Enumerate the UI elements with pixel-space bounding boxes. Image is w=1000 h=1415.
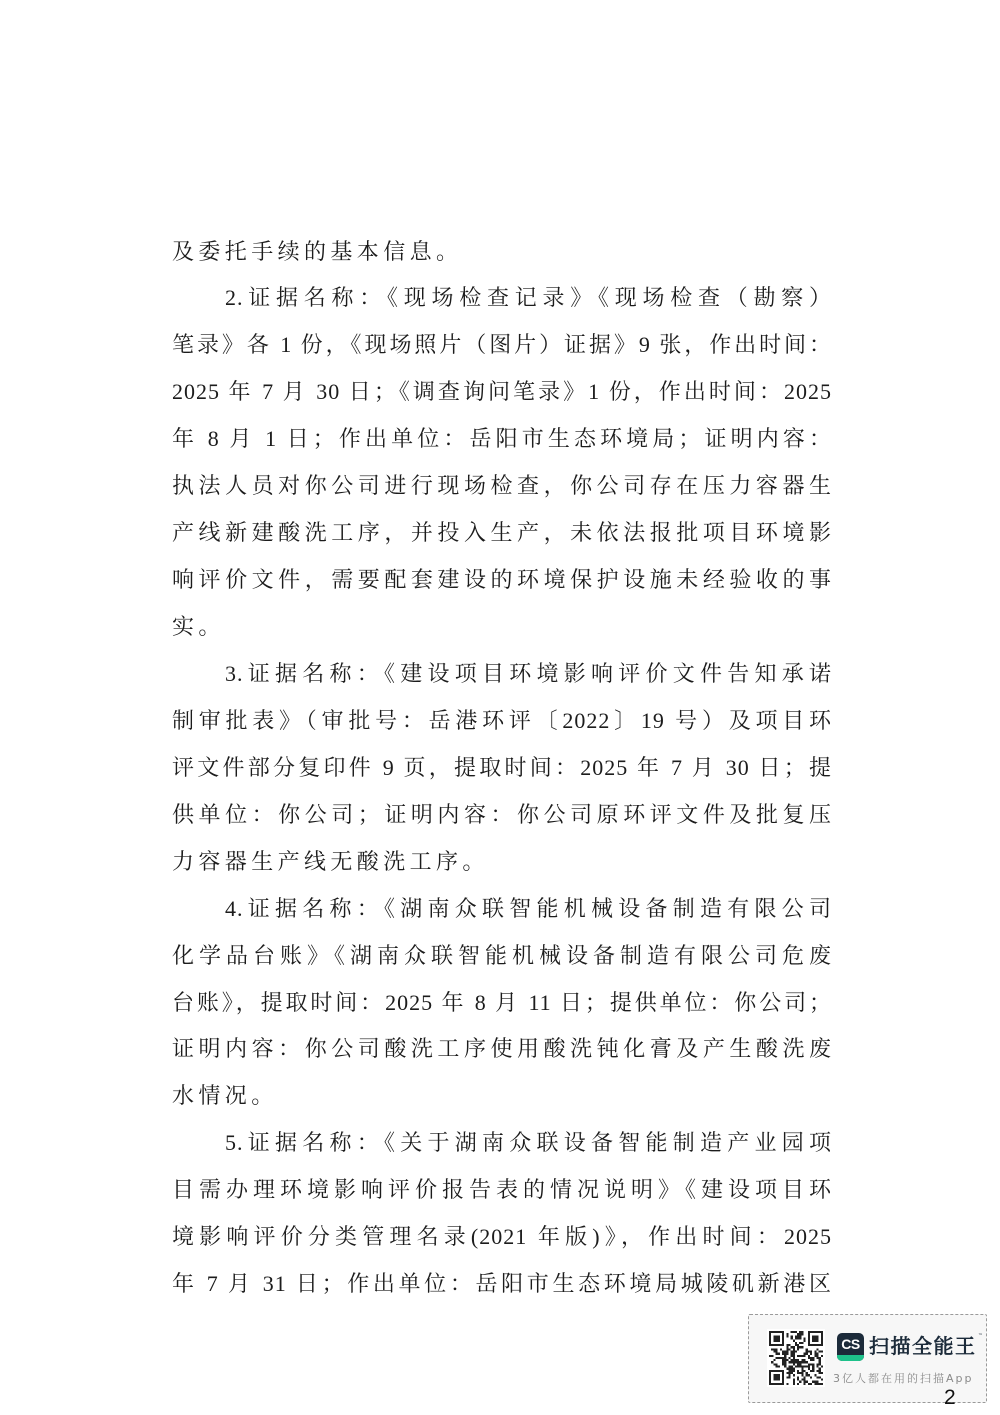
evidence-2-line-1: 笔录》各 1 份，《现场照片（图片）证据》9 张，作出时间：: [172, 322, 832, 369]
evidence-3-line-1: 制审批表》（审批号：岳港环评〔2022〕19 号）及项目环: [172, 698, 832, 745]
logo-accent-strip: [837, 1355, 864, 1361]
document-body: 及委托手续的基本信息。 2.证据名称：《现场检查记录》《现场检查（勘察） 笔录》…: [172, 229, 832, 1309]
evidence-4-line-0: 4.证据名称：《湖南众联智能机械设备制造有限公司: [172, 886, 832, 933]
evidence-3-line-2: 评文件部分复印件 9 页，提取时间：2025 年 7 月 30 日；提: [172, 745, 832, 792]
evidence-2-line-6: 响评价文件，需要配套建设的环境保护设施未经验收的事: [172, 557, 832, 604]
evidence-2-line-4: 执法人员对你公司进行现场检查，你公司存在压力容器生: [172, 463, 832, 510]
evidence-3-line-3: 供单位：你公司；证明内容：你公司原环评文件及批复压: [172, 792, 832, 839]
trademark-icon: ™: [978, 1333, 983, 1339]
paragraph-0-line-0: 及委托手续的基本信息。: [172, 229, 832, 276]
document-page: 及委托手续的基本信息。 2.证据名称：《现场检查记录》《现场检查（勘察） 笔录》…: [0, 0, 1000, 1415]
logo-text: CS: [837, 1335, 864, 1353]
evidence-4-line-1: 化学品台账》《湖南众联智能机械设备制造有限公司危废: [172, 933, 832, 980]
evidence-5-line-0: 5.证据名称：《关于湖南众联设备智能制造产业园项: [172, 1120, 832, 1167]
evidence-5-line-2: 境影响评价分类管理名录(2021 年版)》，作出时间：2025: [172, 1214, 832, 1261]
watermark-app-name: 扫描全能王: [869, 1333, 977, 1359]
evidence-5-line-1: 目需办理环境影响评价报告表的情况说明》《建设项目环: [172, 1167, 832, 1214]
evidence-2-line-0: 2.证据名称：《现场检查记录》《现场检查（勘察）: [172, 275, 832, 322]
evidence-4-line-4: 水情况。: [172, 1073, 832, 1120]
watermark-tagline: 3亿人都在用的扫描App: [833, 1372, 974, 1386]
evidence-2-line-2: 2025 年 7 月 30 日；《调查询问笔录》1 份，作出时间：2025: [172, 369, 832, 416]
page-number: 2: [944, 1387, 956, 1409]
evidence-2-line-5: 产线新建酸洗工序，并投入生产，未依法报批项目环境影: [172, 510, 832, 557]
evidence-4-line-2: 台账》，提取时间：2025 年 8 月 11 日；提供单位：你公司；: [172, 980, 832, 1027]
evidence-3-line-0: 3.证据名称：《建设项目环境影响评价文件告知承诺: [172, 651, 832, 698]
evidence-2-line-3: 年 8 月 1 日；作出单位：岳阳市生态环境局；证明内容：: [172, 416, 832, 463]
evidence-2-line-7: 实。: [172, 604, 832, 651]
evidence-4-line-3: 证明内容：你公司酸洗工序使用酸洗钝化膏及产生酸洗废: [172, 1026, 832, 1073]
evidence-3-line-4: 力容器生产线无酸洗工序。: [172, 839, 832, 886]
camscanner-logo-icon: CS: [837, 1333, 864, 1361]
evidence-5-line-3: 年 7 月 31 日；作出单位：岳阳市生态环境局城陵矶新港区: [172, 1261, 832, 1308]
qr-code-icon: [767, 1329, 825, 1387]
